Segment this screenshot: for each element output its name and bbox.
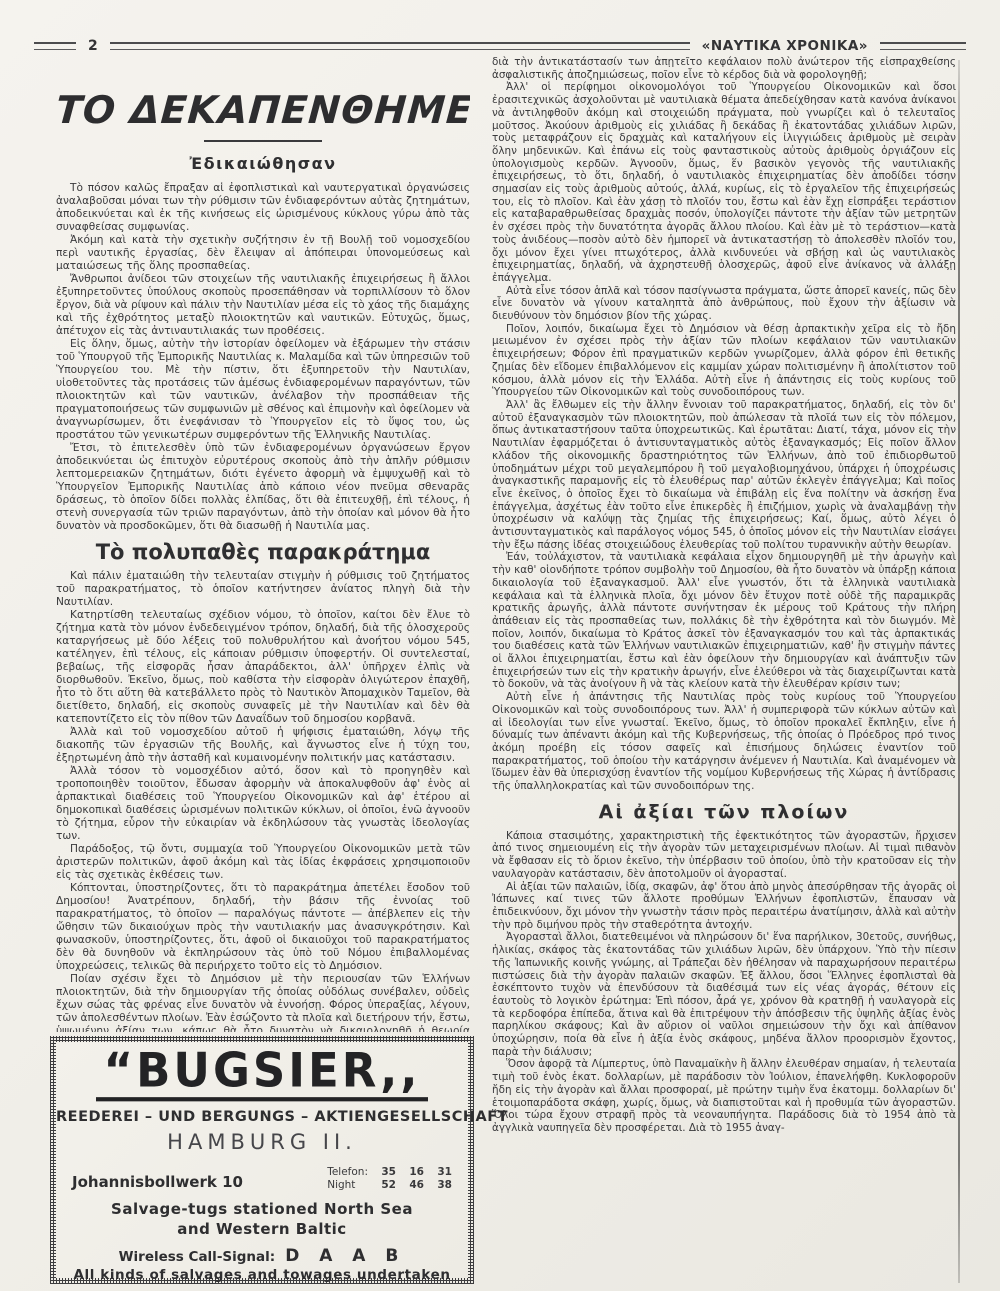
right-column: διὰ τὴν ἀντικατάστασίν των ἀπῃτεῖτο κεφά… <box>492 56 956 1291</box>
magazine-title: «ΝΑΥΤΙΚΑ ΧΡΟΝΙΚΑ» <box>702 38 868 54</box>
phone-day-1: 35 <box>372 1166 396 1178</box>
paragraph: Αὐτὰ εἶνε τόσον ἁπλᾶ καὶ τόσον πασίγνωστ… <box>492 285 956 323</box>
paragraph: Αὐτὴ εἶνε ἡ ἀπάντησις τῆς Ναυτιλίας πρὸς… <box>492 691 956 793</box>
bugsier-logo: “BUGSIER,, <box>96 1045 429 1102</box>
magazine-page: 2 «ΝΑΥΤΙΚΑ ΧΡΟΝΙΚΑ» ΤΟ ΔΕΚΑΠΕΝΘΗΜΕΡΟΝ Ἐδ… <box>0 0 1000 1291</box>
paragraph: Κάποια στασιμότης, χαρακτηριστικὴ τῆς ἐφ… <box>492 830 956 881</box>
section-heading-parakratima: Τὸ πολυπαθὲς παρακράτημα <box>56 540 470 564</box>
bugsier-ad-inner: “BUGSIER,, REEDEREI – UND BERGUNGS – AKT… <box>56 1042 468 1278</box>
phone-night-3: 38 <box>428 1179 452 1191</box>
paragraph: Καὶ πάλιν ἐματαιώθη τὴν τελευταίαν στιγμ… <box>56 570 470 609</box>
header-rule-main <box>110 42 690 50</box>
phone-night-label: Night <box>327 1179 368 1191</box>
paragraph: Ἐάν, τοὐλάχιστον, τὰ ναυτιλιακὰ κεφάλαια… <box>492 551 956 691</box>
paragraph: Κόπτονται, ὑποστηρίζοντες, ὅτι τὸ παρακρ… <box>56 882 470 973</box>
paragraph: Ἔτσι, τὸ ἐπιτελεσθὲν ὑπὸ τῶν ἐνδιαφερομέ… <box>56 442 470 533</box>
paragraph: Παράδοξος, τῷ ὄντι, συμμαχία τοῦ Ὑπουργε… <box>56 843 470 882</box>
ad-service-lines: Salvage-tugs stationed North Sea and Wes… <box>56 1200 468 1239</box>
headline-rule <box>204 140 322 142</box>
paragraph: Ἄνθρωποι ἀνίδεοι τῶν στοιχείων τῆς ναυτι… <box>56 273 470 338</box>
paragraph: Ποῖον, λοιπόν, δικαίωμα ἔχει τὸ Δημόσιον… <box>492 323 956 399</box>
paragraph: Ἀλλ' οἱ περίφημοι οἰκονομολόγοι τοῦ Ὑπου… <box>492 81 956 284</box>
paragraph: Κατηρτίσθη τελευταίως σχέδιον νόμου, τὸ … <box>56 609 470 726</box>
ad-service-line-2: and Western Baltic <box>56 1220 468 1240</box>
bugsier-advertisement: “BUGSIER,, REEDEREI – UND BERGUNGS – AKT… <box>50 1036 474 1284</box>
paragraph: Ἀλλ' ἂς ἔλθωμεν εἰς τὴν ἄλλην ἔννοιαν το… <box>492 399 956 551</box>
article-headline: ΤΟ ΔΕΚΑΠΕΝΘΗΜΕΡΟΝ <box>56 88 470 132</box>
ad-address-phone-row: Johannisbollwerk 10 Telefon: 35 16 31 Ni… <box>56 1166 468 1191</box>
header-rule-right <box>880 42 966 50</box>
section-heading-axiai-ploion: Αἱ ἀξίαι τῶν πλοίων <box>492 801 956 823</box>
ad-footer-line: All kinds of salvages and towages undert… <box>56 1267 468 1283</box>
ad-call-signal-code: D A A B <box>285 1246 405 1266</box>
header-rule-left <box>34 42 76 50</box>
phone-day-3: 31 <box>428 1166 452 1178</box>
ad-call-signal-label: Wireless Call-Signal: <box>119 1249 276 1265</box>
phone-night-1: 52 <box>372 1179 396 1191</box>
paragraph: Ἀκόμη καὶ κατὰ τὴν σχετικὴν συζήτησιν ἐν… <box>56 234 470 273</box>
phone-night-2: 46 <box>400 1179 424 1191</box>
paragraph: Ἀγορασταὶ ἄλλοι, διατεθειμένοι νὰ πληρώσ… <box>492 931 956 1058</box>
paragraph: Εἰς ὅλην, ὅμως, αὐτὴν τὴν ἱστορίαν ὀφείλ… <box>56 338 470 442</box>
paragraph: Ἀλλὰ τόσον τὸ νομοσχέδιον αὐτό, ὅσον καὶ… <box>56 765 470 843</box>
paragraph: Ὅσον ἀφορᾷ τὰ Λίμπερτυς, ὑπὸ Παναμαϊκὴν … <box>492 1058 956 1134</box>
ad-phone-table: Telefon: 35 16 31 Night 52 46 38 <box>327 1166 452 1191</box>
paragraph: διὰ τὴν ἀντικατάστασίν των ἀπῃτεῖτο κεφά… <box>492 56 956 81</box>
paragraph: Ἀλλὰ καὶ τοῦ νομοσχεδίου αὐτοῦ ἡ ψήφισις… <box>56 726 470 765</box>
page-edge-line <box>958 60 960 1283</box>
ad-city-line: HAMBURG II. <box>56 1130 468 1154</box>
ad-service-line-1: Salvage-tugs stationed North Sea <box>56 1200 468 1220</box>
page-header: 2 «ΝΑΥΤΙΚΑ ΧΡΟΝΙΚΑ» <box>34 38 966 54</box>
paragraph: Τὸ πόσον καλῶς ἔπραξαν αἱ ἐφοπλιστικαὶ κ… <box>56 182 470 234</box>
ad-address: Johannisbollwerk 10 <box>72 1173 243 1191</box>
paragraph: Ποίαν σχέσιν ἔχει τὸ Δημόσιον μὲ τὴν περ… <box>56 973 470 1032</box>
paragraph: Αἱ ἀξίαι τῶν παλαιῶν, ἰδίᾳ, σκαφῶν, ἀφ' … <box>492 881 956 932</box>
ad-call-signal-row: Wireless Call-Signal:D A A B <box>56 1246 468 1266</box>
page-number: 2 <box>88 38 98 54</box>
left-column: ΤΟ ΔΕΚΑΠΕΝΘΗΜΕΡΟΝ Ἐδικαιώθησαν Τὸ πόσον … <box>56 64 470 1032</box>
phone-day-2: 16 <box>400 1166 424 1178</box>
ad-company-line: REEDEREI – UND BERGUNGS – AKTIENGESELLSC… <box>56 1109 468 1125</box>
phone-day-label: Telefon: <box>327 1166 368 1178</box>
section-heading-edikaiothisan: Ἐδικαιώθησαν <box>56 154 470 173</box>
